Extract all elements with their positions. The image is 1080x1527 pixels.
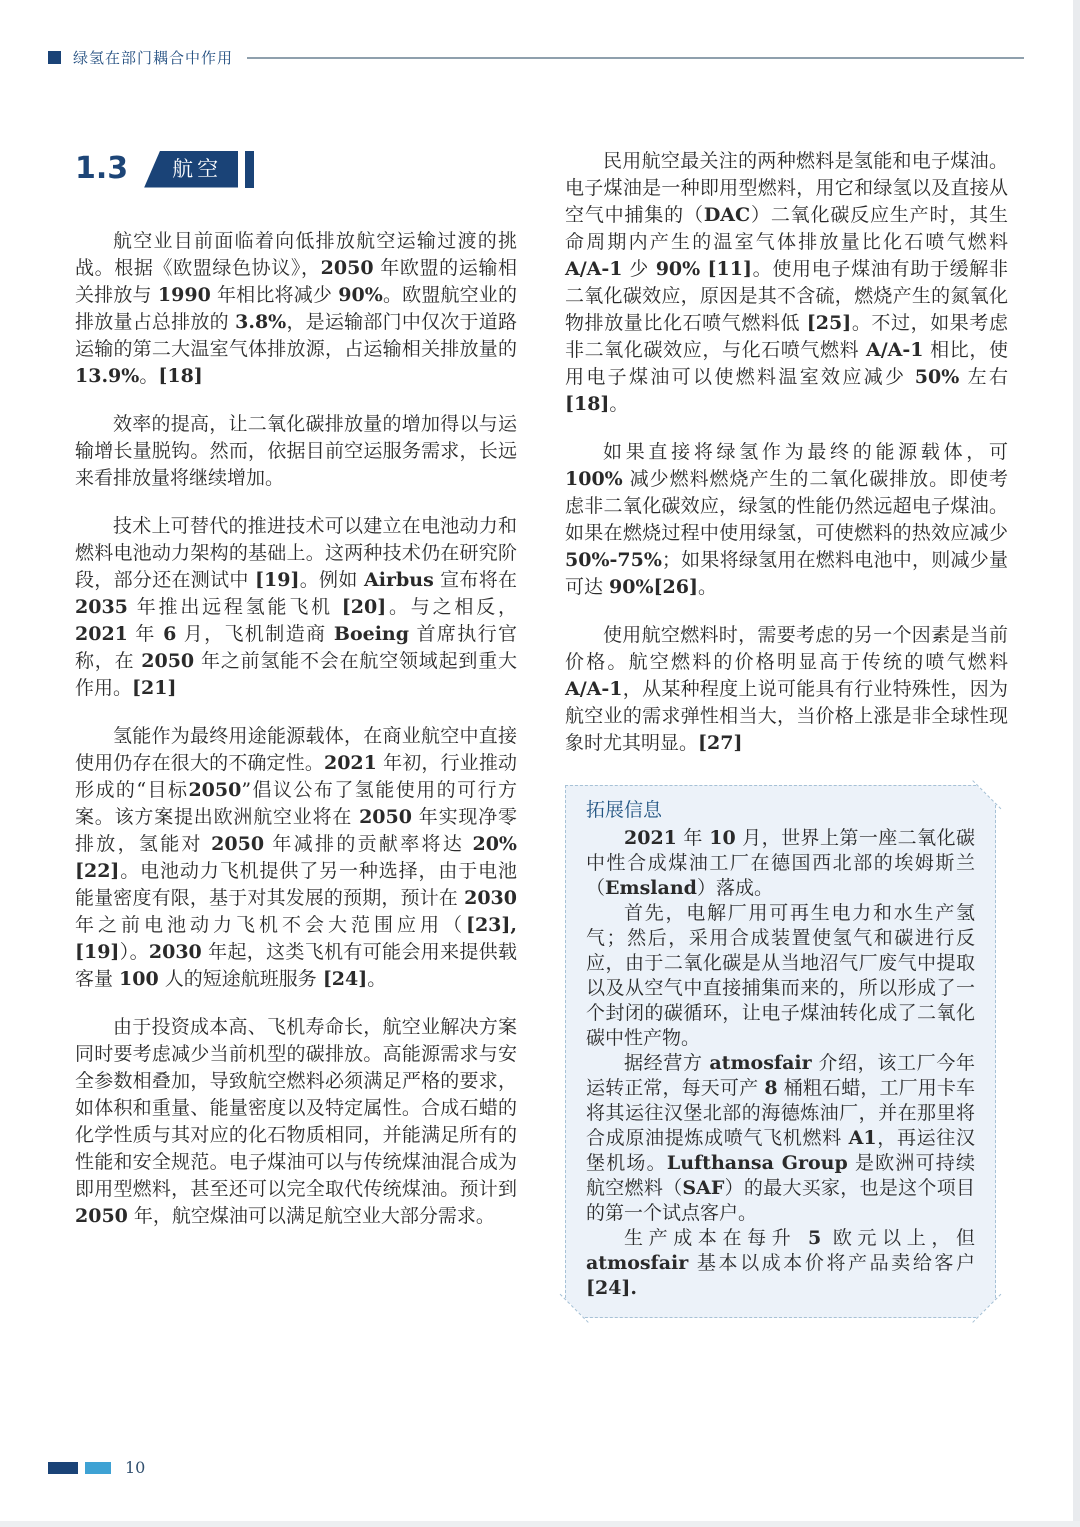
section-badge-bar [245, 151, 254, 188]
info-box-corner-notch [972, 762, 1019, 809]
info-box-corner-notch [541, 1294, 588, 1341]
section-heading: 1.3 航空 [75, 150, 517, 188]
info-box: 拓展信息 2021 年 10 月，世界上第一座二氧化碳中性合成煤油工厂在德国西北… [565, 785, 996, 1318]
paragraph: 效率的提高，让二氧化碳排放量的增加得以与运输增长量脱钩。然而，依据目前空运服务需… [75, 411, 517, 492]
left-column-paragraphs: 航空业目前面临着向低排放航空运输过渡的挑战。根据《欧盟绿色协议》，2050 年欧… [75, 228, 517, 1230]
paragraph: 氢能作为最终用途能源载体，在商业航空中直接使用仍存在很大的不确定性。2021 年… [75, 723, 517, 993]
page-number: 10 [125, 1458, 145, 1477]
header-rule [247, 57, 1024, 59]
paragraph: 首先，电解厂用可再生电力和水生产氢气；然后，采用合成装置使氢气和碳进行反应，由于… [586, 901, 975, 1051]
document-page: 绿氢在部门耦合中作用 1.3 航空 航空业目前面临着向低排放航空运输过渡的挑战。… [0, 0, 1080, 1527]
footer-dark-square [48, 1462, 78, 1474]
info-box-title: 拓展信息 [586, 798, 975, 823]
paragraph: 据经营方 atmosfair 介绍，该工厂今年运转正常，每天可产 8 桶粗石蜡，… [586, 1051, 975, 1226]
paragraph: 技术上可替代的推进技术可以建立在电池动力和燃料电池动力架构的基础上。这两种技术仍… [75, 513, 517, 702]
header-title: 绿氢在部门耦合中作用 [73, 47, 233, 68]
page-edge-right [1073, 0, 1080, 1527]
section-title-badge: 航空 [144, 151, 238, 188]
paragraph: 2021 年 10 月，世界上第一座二氧化碳中性合成煤油工厂在德国西北部的埃姆斯… [586, 826, 975, 901]
info-box-paragraphs: 2021 年 10 月，世界上第一座二氧化碳中性合成煤油工厂在德国西北部的埃姆斯… [586, 826, 975, 1301]
content-area: 1.3 航空 航空业目前面临着向低排放航空运输过渡的挑战。根据《欧盟绿色协议》，… [75, 140, 1008, 1318]
header-square-icon [48, 51, 61, 64]
paragraph: 使用航空燃料时，需要考虑的另一个因素是当前价格。航空燃料的价格明显高于传统的喷气… [565, 622, 1008, 757]
info-box-corner-notch [972, 1294, 1019, 1341]
paragraph: 航空业目前面临着向低排放航空运输过渡的挑战。根据《欧盟绿色协议》，2050 年欧… [75, 228, 517, 390]
paragraph: 由于投资成本高、飞机寿命长，航空业解决方案同时要考虑减少当前机型的碳排放。高能源… [75, 1014, 517, 1230]
paragraph: 民用航空最关注的两种燃料是氢能和电子煤油。电子煤油是一种即用型燃料，用它和绿氢以… [565, 148, 1008, 418]
right-column-paragraphs: 民用航空最关注的两种燃料是氢能和电子煤油。电子煤油是一种即用型燃料，用它和绿氢以… [565, 148, 1008, 757]
paragraph: 如果直接将绿氢作为最终的能源载体，可 100% 减少燃料燃烧产生的二氧化碳排放。… [565, 439, 1008, 601]
page-footer: 10 [48, 1458, 145, 1477]
right-column: 民用航空最关注的两种燃料是氢能和电子煤油。电子煤油是一种即用型燃料，用它和绿氢以… [565, 140, 1008, 1318]
paragraph: 生产成本在每升 5 欧元以上，但 atmosfair 基本以成本价将产品卖给客户… [586, 1226, 975, 1301]
page-edge-bottom [0, 1521, 1080, 1527]
section-number: 1.3 [75, 150, 128, 188]
footer-light-square [85, 1462, 111, 1474]
page-header: 绿氢在部门耦合中作用 [48, 47, 1028, 68]
left-column: 1.3 航空 航空业目前面临着向低排放航空运输过渡的挑战。根据《欧盟绿色协议》，… [75, 140, 517, 1318]
